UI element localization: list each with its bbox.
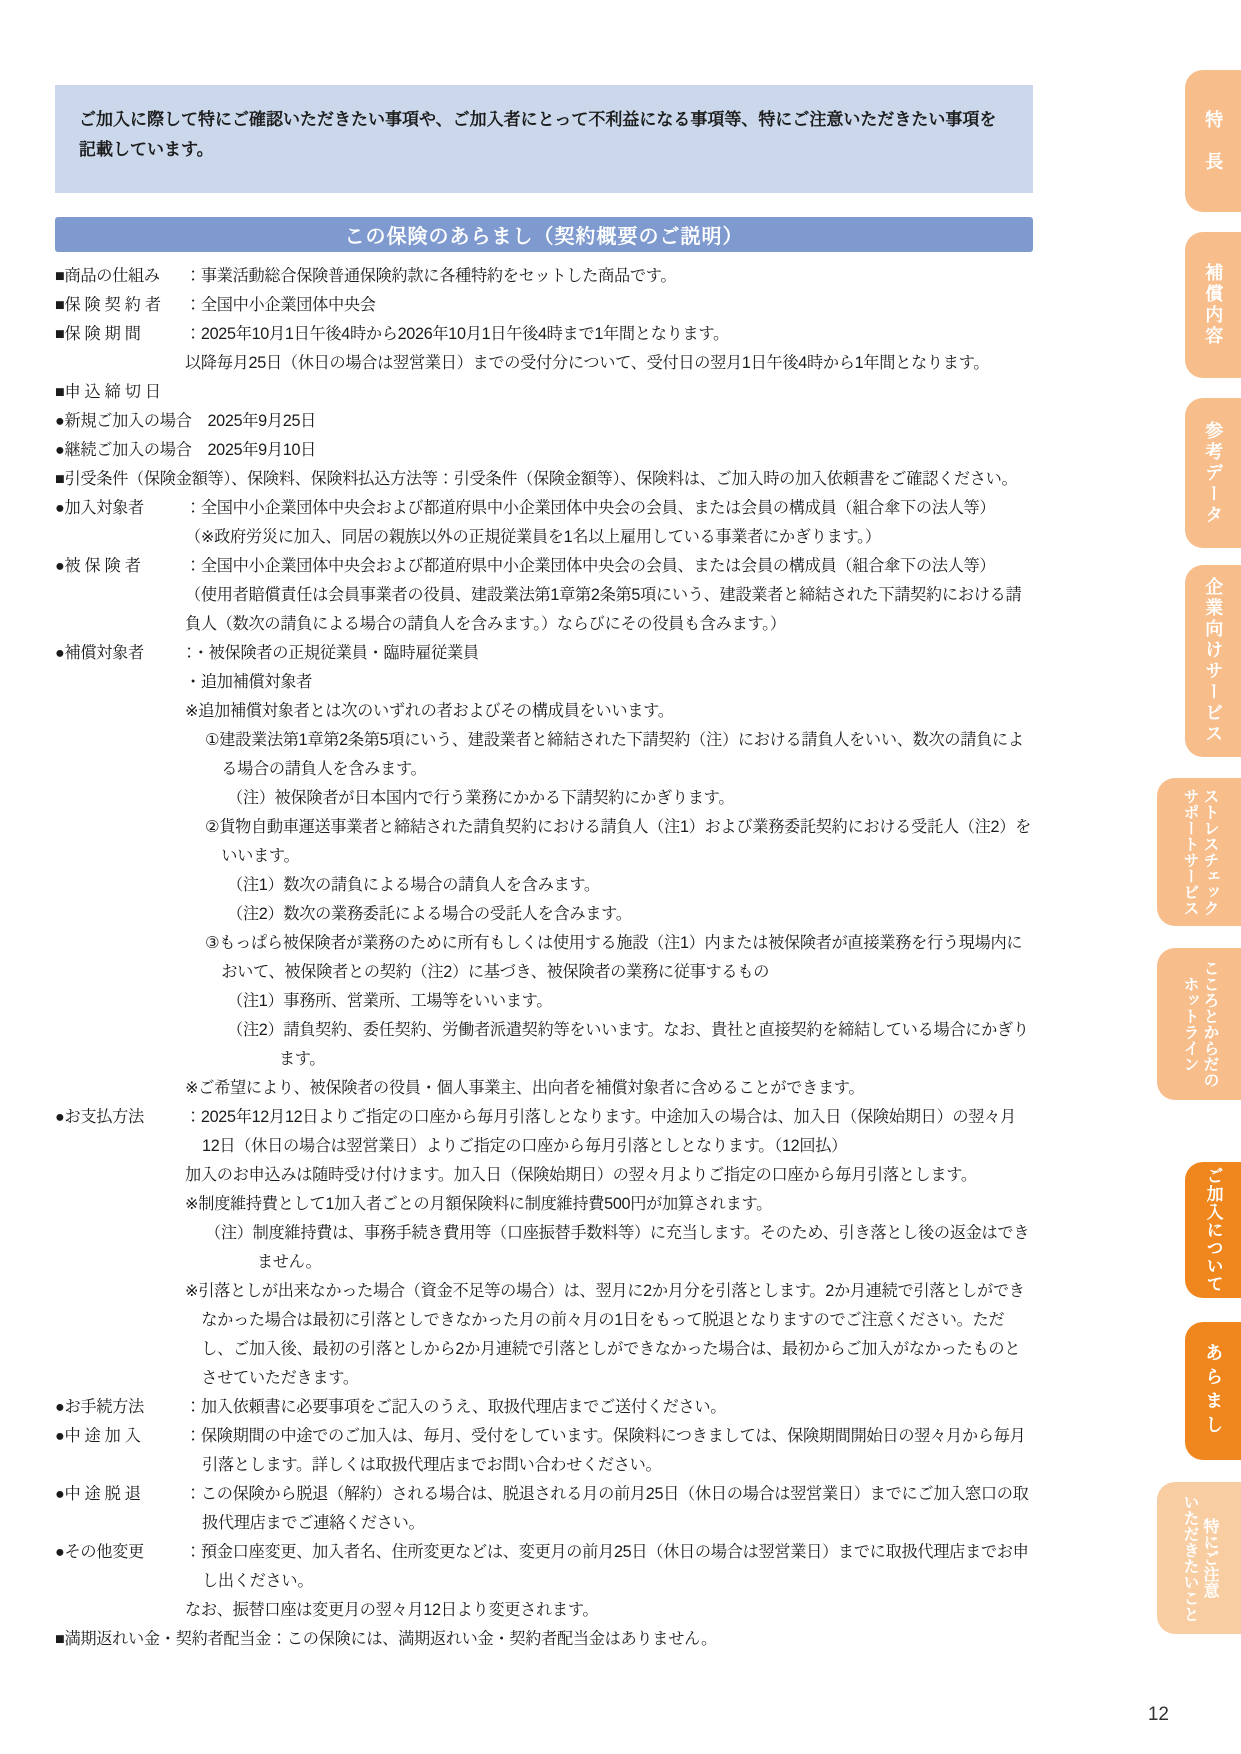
row-text: ※制度維持費として1加入者ごとの月額保険料に制度維持費500円が加算されます。 [185,1190,1033,1219]
row-label: ●補償対象者 [55,639,185,668]
sidebar-tab-label: 特 長 [1202,110,1225,173]
row-text: 加入のお申込みは随時受け付けます。加入日（保険始期日）の翌々月よりご指定の口座か… [185,1161,1033,1190]
content-row-labeled: ■保 険 期 間：2025年10月1日午後4時から2026年10月1日午後4時ま… [55,320,1033,349]
sidebar-tab-9: 特にご注意いただきたいこと [1157,1482,1241,1634]
row-text: （注2）数次の業務委託による場合の受託人を含みます。 [227,900,1033,929]
page-number: 12 [1148,1704,1169,1726]
sidebar-tab-6: こころとからだのホットライン [1157,948,1241,1100]
row-label: ■商品の仕組み [55,262,185,291]
row-label: ●中 途 加 入 [55,1422,185,1480]
row-text: （注2）請負契約、委任契約、労働者派遣契約等をいいます。なお、貴社と直接契約を締… [227,1016,1033,1074]
content-area: ご加入に際して特にご確認いただきたい事項や、ご加入者にとって不利益になる事項等、… [55,0,1033,1654]
row-text: ■申 込 締 切 日 [55,378,1033,407]
sidebar-tab-label: ご加入について [1202,1167,1223,1293]
content-row-labeled: ●お手続方法：加入依頼書に必要事項をご記入のうえ、取扱代理店までご送付ください。 [55,1393,1033,1422]
row-label: ●被 保 険 者 [55,552,185,581]
row-text: ●継続ご加入の場合 2025年9月10日 [55,436,1033,465]
row-label: ●加入対象者 [55,494,185,523]
sidebar-tab-label: 参考データ [1202,421,1225,526]
row-text: ：全国中小企業団体中央会 [185,291,1033,320]
row-text: 以降毎月25日（休日の場合は翌営業日）までの受付分について、受付日の翌月1日午後… [185,349,1033,378]
row-text: ●新規ご加入の場合 2025年9月25日 [55,407,1033,436]
row-text: ②貨物自動車運送事業者と締結された請負契約における請負人（注1）および業務委託契… [205,813,1033,871]
sidebar-tabs: 特 長補償内容参考データ企業向けサービスストレスチェックサポートサービスこころと… [1141,0,1241,1754]
row-text: ※ご希望により、被保険者の役員・個人事業主、出向者を補償対象者に含めることができ… [185,1074,1033,1103]
sidebar-tab-5: ストレスチェックサポートサービス [1157,778,1241,926]
content-row: ③もっぱら被保険者が業務のために所有もしくは使用する施設（注1）内または被保険者… [205,929,1033,987]
content-row: ●新規ご加入の場合 2025年9月25日 [55,407,1033,436]
notice-box: ご加入に際して特にご確認いただきたい事項や、ご加入者にとって不利益になる事項等、… [55,85,1033,193]
content-row-labeled: ●加入対象者：全国中小企業団体中央会および都道府県中小企業団体中央会の会員、また… [55,494,1033,523]
content-row: 加入のお申込みは随時受け付けます。加入日（保険始期日）の翌々月よりご指定の口座か… [185,1161,1033,1190]
row-text: ：2025年10月1日午後4時から2026年10月1日午後4時まで1年間となりま… [185,320,1033,349]
row-text: ・追加補償対象者 [185,668,1033,697]
content-row: ※制度維持費として1加入者ごとの月額保険料に制度維持費500円が加算されます。 [185,1190,1033,1219]
content-row: （注1）事務所、営業所、工場等をいいます。 [227,987,1033,1016]
row-text: なお、振替口座は変更月の翌々月12日より変更されます。 [185,1596,1033,1625]
sidebar-tab-8: あらまし [1185,1322,1241,1460]
content-row-labeled: ■商品の仕組み：事業活動総合保険普通保険約款に各種特約をセットした商品です。 [55,262,1033,291]
row-text: ■引受条件（保険金額等）、保険料、保険料払込方法等：引受条件（保険金額等）、保険… [55,465,1033,494]
content-row: ②貨物自動車運送事業者と締結された請負契約における請負人（注1）および業務委託契… [205,813,1033,871]
row-label: ●中 途 脱 退 [55,1480,185,1538]
row-text: ：預金口座変更、加入者名、住所変更などは、変更月の前月25日（休日の場合は翌営業… [185,1538,1033,1596]
row-text: ③もっぱら被保険者が業務のために所有もしくは使用する施設（注1）内または被保険者… [205,929,1033,987]
content-row: ■申 込 締 切 日 [55,378,1033,407]
content-row-labeled: ●補償対象者：・被保険者の正規従業員・臨時雇従業員 [55,639,1033,668]
sidebar-tab-7: ご加入について [1185,1162,1241,1298]
row-text: ①建設業法第1章第2条第5項にいう、建設業者と締結された下請契約（注）における請… [205,726,1033,784]
row-text: ：全国中小企業団体中央会および都道府県中小企業団体中央会の会員、または会員の構成… [185,494,1033,523]
content-row: ■満期返れい金・契約者配当金：この保険には、満期返れい金・契約者配当金はありませ… [55,1625,1033,1654]
content-row: （注）被保険者が日本国内で行う業務にかかる下請契約にかぎります。 [227,784,1033,813]
content-row: ■引受条件（保険金額等）、保険料、保険料払込方法等：引受条件（保険金額等）、保険… [55,465,1033,494]
row-text: ※引落としが出来なかった場合（資金不足等の場合）は、翌月に2か月分を引落とします… [185,1277,1033,1393]
section-header: この保険のあらまし（契約概要のご説明） [55,217,1033,252]
row-text: ：この保険から脱退（解約）される場合は、脱退される月の前月25日（休日の場合は翌… [185,1480,1033,1538]
content-row: ※ご希望により、被保険者の役員・個人事業主、出向者を補償対象者に含めることができ… [185,1074,1033,1103]
row-text: （注）被保険者が日本国内で行う業務にかかる下請契約にかぎります。 [227,784,1033,813]
content-row: ①建設業法第1章第2条第5項にいう、建設業者と締結された下請契約（注）における請… [205,726,1033,784]
row-text: ：加入依頼書に必要事項をご記入のうえ、取扱代理店までご送付ください。 [185,1393,1033,1422]
row-text: （※政府労災に加入、同居の親族以外の正規従業員を1名以上雇用している事業者にかぎ… [185,523,1033,552]
content-row-labeled: ●中 途 加 入：保険期間の中途でのご加入は、毎月、受付をしています。保険料につ… [55,1422,1033,1480]
row-text: ：2025年12月12日よりご指定の口座から毎月引落しとなります。中途加入の場合… [185,1103,1033,1161]
content-row: ・追加補償対象者 [185,668,1033,697]
sidebar-tab-label: 企業向けサービス [1202,577,1225,745]
content-rows: ■商品の仕組み：事業活動総合保険普通保険約款に各種特約をセットした商品です。■保… [55,262,1033,1654]
content-row-labeled: ●お支払方法：2025年12月12日よりご指定の口座から毎月引落しとなります。中… [55,1103,1033,1161]
content-row: （注2）数次の業務委託による場合の受託人を含みます。 [227,900,1033,929]
row-label: ●お支払方法 [55,1103,185,1161]
content-row: （※政府労災に加入、同居の親族以外の正規従業員を1名以上雇用している事業者にかぎ… [185,523,1033,552]
content-row: （注2）請負契約、委任契約、労働者派遣契約等をいいます。なお、貴社と直接契約を締… [227,1016,1033,1074]
row-label: ●その他変更 [55,1538,185,1596]
sidebar-tab-label: ストレスチェックサポートサービス [1179,788,1219,916]
content-row-labeled: ●中 途 脱 退：この保険から脱退（解約）される場合は、脱退される月の前月25日… [55,1480,1033,1538]
row-label: ■保 険 期 間 [55,320,185,349]
content-row: ※追加補償対象者とは次のいずれの者およびその構成員をいいます。 [185,697,1033,726]
sidebar-tab-1: 特 長 [1185,70,1241,212]
row-text: ※追加補償対象者とは次のいずれの者およびその構成員をいいます。 [185,697,1033,726]
row-text: ：全国中小企業団体中央会および都道府県中小企業団体中央会の会員、または会員の構成… [185,552,1033,581]
section-title: この保険のあらまし（契約概要のご説明） [345,220,744,249]
content-row: ●継続ご加入の場合 2025年9月10日 [55,436,1033,465]
content-row: （注）制度維持費は、事務手続き費用等（口座振替手数料等）に充当します。そのため、… [205,1219,1033,1277]
sidebar-tab-2: 補償内容 [1185,232,1241,378]
row-text: ：保険期間の中途でのご加入は、毎月、受付をしています。保険料につきましては、保険… [185,1422,1033,1480]
content-row-labeled: ●その他変更：預金口座変更、加入者名、住所変更などは、変更月の前月25日（休日の… [55,1538,1033,1596]
content-row: なお、振替口座は変更月の翌々月12日より変更されます。 [185,1596,1033,1625]
row-label: ■保 険 契 約 者 [55,291,185,320]
content-row-labeled: ■保 険 契 約 者：全国中小企業団体中央会 [55,291,1033,320]
row-text: （注）制度維持費は、事務手続き費用等（口座振替手数料等）に充当します。そのため、… [205,1219,1033,1277]
sidebar-tab-3: 参考データ [1185,398,1241,548]
content-row: （注1）数次の請負による場合の請負人を含みます。 [227,871,1033,900]
notice-text: ご加入に際して特にご確認いただきたい事項や、ご加入者にとって不利益になる事項等、… [79,105,1009,165]
row-text: （注1）事務所、営業所、工場等をいいます。 [227,987,1033,1016]
row-text: ■満期返れい金・契約者配当金：この保険には、満期返れい金・契約者配当金はありませ… [55,1625,1033,1654]
sidebar-tab-label: こころとからだのホットライン [1179,960,1219,1088]
row-text: （使用者賠償責任は会員事業者の役員、建設業法第1章第2条第5項にいう、建設業者と… [185,581,1033,639]
content-row: （使用者賠償責任は会員事業者の役員、建設業法第1章第2条第5項にいう、建設業者と… [185,581,1033,639]
content-row: 以降毎月25日（休日の場合は翌営業日）までの受付分について、受付日の翌月1日午後… [185,349,1033,378]
row-label: ●お手続方法 [55,1393,185,1422]
content-row: ※引落としが出来なかった場合（資金不足等の場合）は、翌月に2か月分を引落とします… [185,1277,1033,1393]
sidebar-tab-4: 企業向けサービス [1185,565,1241,757]
row-text: ：・被保険者の正規従業員・臨時雇従業員 [185,639,1033,668]
row-text: （注1）数次の請負による場合の請負人を含みます。 [227,871,1033,900]
content-row-labeled: ●被 保 険 者：全国中小企業団体中央会および都道府県中小企業団体中央会の会員、… [55,552,1033,581]
page: ご加入に際して特にご確認いただきたい事項や、ご加入者にとって不利益になる事項等、… [0,0,1241,1754]
sidebar-tab-label: あらまし [1202,1343,1225,1439]
row-text: ：事業活動総合保険普通保険約款に各種特約をセットした商品です。 [185,262,1033,291]
sidebar-tab-label: 補償内容 [1202,263,1225,347]
sidebar-tab-label: 特にご注意いただきたいこと [1179,1494,1219,1622]
